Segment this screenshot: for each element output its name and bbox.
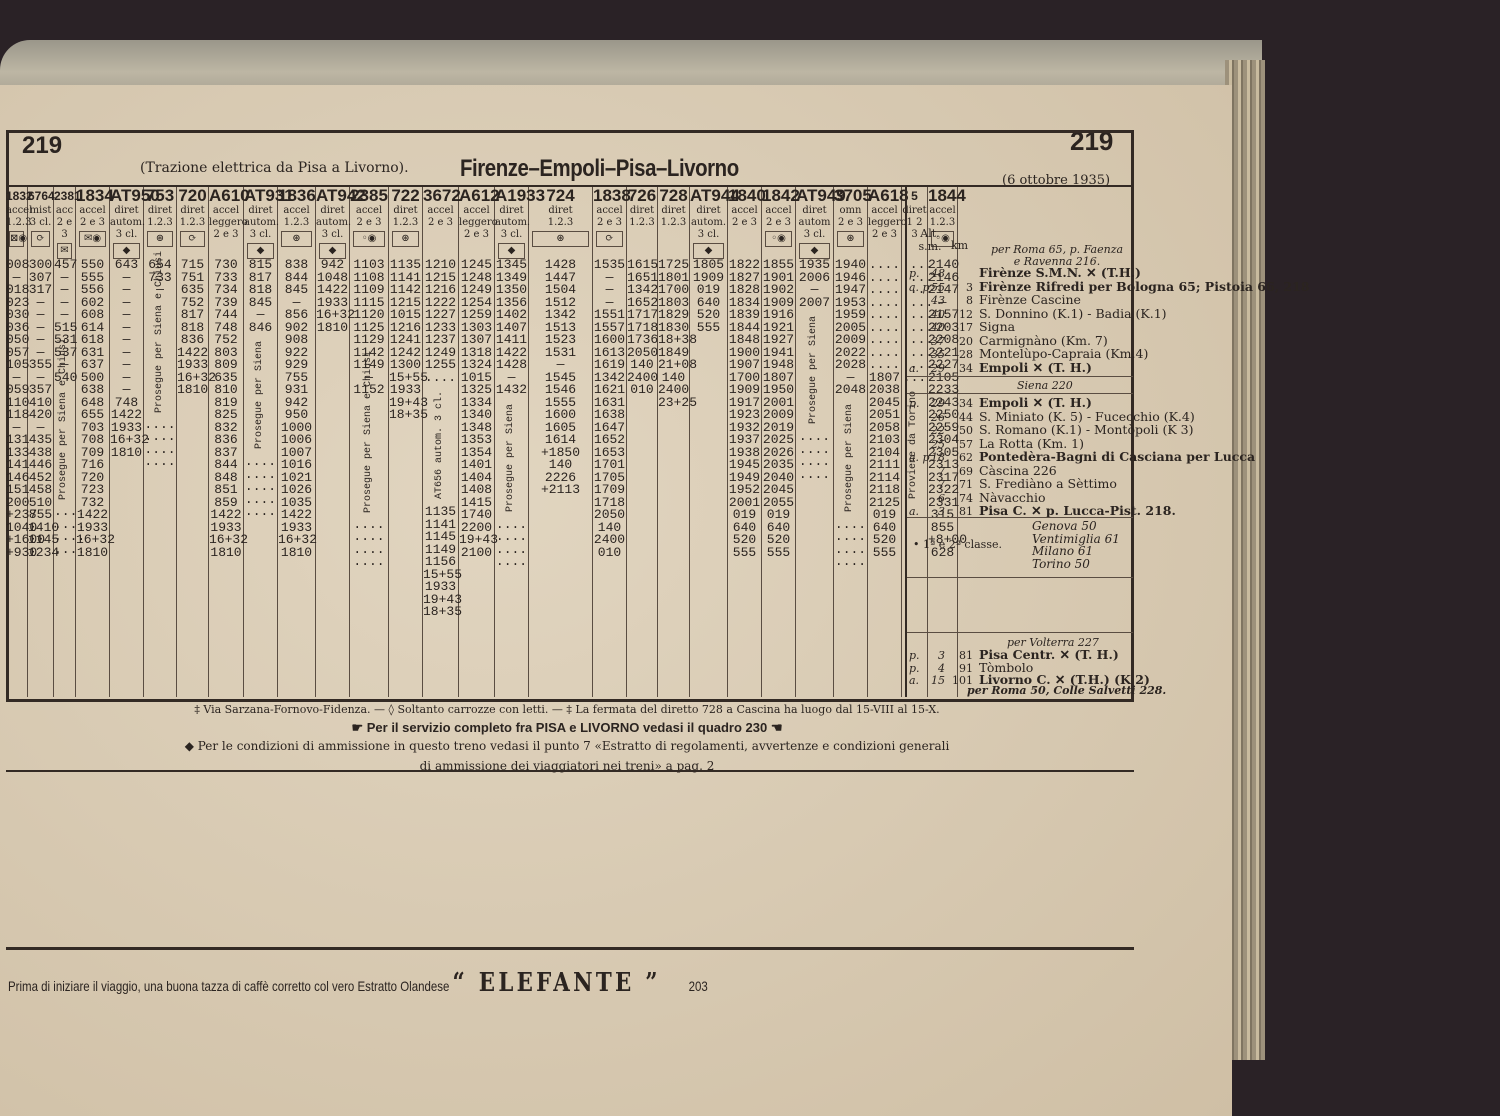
train-number: 724 bbox=[529, 187, 592, 205]
train-number: A612 bbox=[459, 187, 494, 205]
train-times: 11351141114212151015121612411242130015+5… bbox=[389, 259, 422, 422]
train-times: 121012151216122212271233123712491255....… bbox=[423, 259, 458, 619]
train-times: 18051909019640520555 bbox=[690, 259, 727, 334]
post-restaurant-icon: ◦◉ bbox=[765, 231, 792, 247]
time-cell: Prosegue per Siena e Chiusi bbox=[154, 303, 167, 413]
station-name: S. Donnino (K.1) - Badia (K.1) bbox=[979, 308, 1167, 320]
train-type: diret bbox=[144, 205, 176, 217]
train-type: diret autom. bbox=[110, 205, 143, 229]
time-cell: .... bbox=[144, 456, 176, 469]
time-cell: 2007 bbox=[796, 297, 833, 310]
train-column-A610: A610accel leggero2 e 3730733734739744748… bbox=[209, 187, 244, 697]
distance-km: 57 bbox=[937, 438, 973, 451]
train-column-728: 728diret1.2.317251801170018031829183018+… bbox=[658, 187, 690, 697]
distance-km: 20 bbox=[937, 335, 973, 348]
train-number: 1842 bbox=[762, 187, 795, 205]
train-type: accel bbox=[76, 205, 109, 217]
train-number: AT949 bbox=[796, 187, 833, 205]
blank-icon bbox=[871, 243, 898, 257]
train-times: 134513491350135614021407141114221428—143… bbox=[495, 259, 528, 569]
advert-text: Prima di iniziare il viaggio, una buona … bbox=[8, 978, 449, 994]
train-type: accel leggero bbox=[868, 205, 901, 229]
train-column-753: 753diret1.2.3⊛654733—Prosegue per Siena … bbox=[144, 187, 177, 697]
time-cell: .... bbox=[495, 556, 528, 569]
time-cell: 555 bbox=[868, 547, 901, 560]
time-cell: 1810 bbox=[278, 547, 315, 560]
train-column-726: 726diret1.2.3161516511342165217171718173… bbox=[627, 187, 658, 697]
connection-destination: Milano 61 bbox=[1032, 546, 1093, 558]
time-cell: 846 bbox=[244, 322, 277, 335]
train-times: 194019461947195319592005200920222028—204… bbox=[834, 259, 867, 569]
train-class: 1.2.3 bbox=[658, 217, 689, 229]
station-name: Carmignàno (Km. 7) bbox=[979, 335, 1108, 347]
train-type: accel bbox=[423, 205, 458, 217]
train-column-A1933: A1933diret autom.3 cl.◆13451349135013561… bbox=[495, 187, 529, 697]
train-type: accel bbox=[728, 205, 761, 217]
train-times: 1855190119021909191619211927194119481807… bbox=[762, 259, 795, 559]
restaurant-icon: ⊛ bbox=[837, 231, 864, 247]
distance-km: 34 bbox=[937, 397, 973, 410]
train-type: diret bbox=[627, 205, 657, 217]
train-number: 1838 bbox=[593, 187, 626, 205]
station-name: Empoli ✕ (T. H.) bbox=[979, 362, 1092, 374]
blank-icon bbox=[426, 231, 455, 245]
station-name: La Rotta (Km. 1) bbox=[979, 438, 1084, 450]
train-type: accel bbox=[350, 205, 388, 217]
time-cell: 18+35 bbox=[389, 409, 422, 422]
roma-ref: per Roma 50, Colle Salvetti 228. bbox=[967, 685, 1166, 697]
train-column-6764: 6764mist3 cl.⟳300307317—————355—35741042… bbox=[28, 187, 54, 697]
train-times: 7157516357528178188361422193316+321810 bbox=[177, 259, 208, 397]
section1-header-note: per Roma 65, p. Faenza e Ravenna 216. bbox=[987, 244, 1127, 267]
restaurant-icon: ⊛ bbox=[532, 231, 589, 247]
train-type: accel bbox=[6, 205, 27, 217]
distance-km: 17 bbox=[937, 321, 973, 334]
train-times: 19352006—2007Prosegue per Siena.........… bbox=[796, 259, 833, 481]
train-class: 1.2.3 bbox=[278, 217, 315, 229]
train-number: 6764 bbox=[28, 187, 53, 205]
station-name: Càscina 226 bbox=[979, 465, 1057, 477]
time-cell: 1810 bbox=[110, 447, 143, 460]
altitude: 48 bbox=[909, 267, 945, 280]
train-number: AT950 bbox=[110, 187, 143, 205]
station-name: Firènze S.M.N. ✕ (T.H.) bbox=[979, 267, 1141, 279]
train-type: diret autom. bbox=[690, 205, 727, 229]
time-cell: Prosegue per Siena e Chiusi bbox=[58, 390, 71, 500]
time-cell: +2113 bbox=[529, 484, 592, 497]
sleeper-icon: ⊠◉ bbox=[9, 231, 24, 247]
time-cell: 555 bbox=[762, 547, 795, 560]
train-times: 838844845—856902908922929755931942950100… bbox=[278, 259, 315, 559]
distance-km: 3 bbox=[937, 281, 973, 294]
section-divider bbox=[907, 393, 1133, 394]
section-divider bbox=[907, 517, 1133, 518]
time-cell: 1810 bbox=[316, 322, 349, 335]
time-cell: .... bbox=[834, 556, 867, 569]
siena-ref: Siena 220 bbox=[1017, 380, 1073, 392]
train-class: 3 cl. bbox=[690, 229, 727, 241]
train-class: 3 cl. bbox=[495, 229, 528, 241]
train-class: 2 e 3 bbox=[54, 217, 75, 241]
train-column-AT944: AT944diret autom.3 cl.◆18051909019640520… bbox=[690, 187, 728, 697]
train-times: 1822182718281834183918441848190019071700… bbox=[728, 259, 761, 559]
train-column-724: 724diret1.2.3⊛14281447150415121342151315… bbox=[529, 187, 593, 697]
train-times: 1245124812491254125913031307131813241015… bbox=[459, 259, 494, 559]
train-number: A1933 bbox=[495, 187, 528, 205]
train-class: 1.2.3 bbox=[177, 217, 208, 229]
train-times: 300307317—————355—357410420—435438446452… bbox=[28, 259, 53, 559]
blank-icon bbox=[731, 231, 758, 245]
time-cell: AT656 autom. 3 cl. bbox=[434, 390, 447, 500]
train-times: ....................................1807… bbox=[868, 259, 901, 559]
train-columns: 1832accel1.2.3⊠◉008—01802303003605005710… bbox=[6, 187, 958, 697]
train-class: 2 e 3 bbox=[209, 229, 243, 241]
train-number: 3672 bbox=[423, 187, 458, 205]
train-number: 2385 bbox=[350, 187, 388, 205]
train-number: 753 bbox=[144, 187, 176, 205]
time-cell: 1810 bbox=[209, 547, 243, 560]
train-class: 2 e 3 bbox=[459, 229, 494, 241]
time-cell: 1810 bbox=[76, 547, 109, 560]
train-number: 722 bbox=[389, 187, 422, 205]
train-type: diret bbox=[658, 205, 689, 217]
train-type: diret bbox=[389, 205, 422, 217]
train-times: 110311081109111511201125112911421149—115… bbox=[350, 259, 388, 569]
train-times: 7307337347397447487528038096358108198258… bbox=[209, 259, 243, 559]
train-type: diret autom bbox=[796, 205, 833, 229]
station-name: Empoli ✕ (T. H.) bbox=[979, 397, 1092, 409]
train-class: 1.2.3 bbox=[627, 217, 657, 229]
stations-panel: Alt. s.m. km per Roma 65, p. Faenza e Ra… bbox=[905, 187, 1133, 697]
train-number: 1832 bbox=[6, 187, 27, 205]
time-cell: Prosegue per Siena bbox=[844, 403, 857, 513]
train-column-2381: 2381acc2 e 3✉457————515531537—540Prosegu… bbox=[54, 187, 76, 697]
train-class: 3 cl. bbox=[28, 217, 53, 229]
station-name: Firènze Cascine bbox=[979, 294, 1081, 306]
section-divider bbox=[907, 577, 1133, 578]
train-number: 1834 bbox=[76, 187, 109, 205]
station-name: Pontedèra-Bagni di Casciana per Lucca bbox=[979, 451, 1255, 463]
traction-note: (Trazione elettrica da Pisa a Livorno). bbox=[140, 160, 409, 176]
train-class: 3 cl. bbox=[244, 229, 277, 241]
distance-km: 71 bbox=[937, 478, 973, 491]
blank-icon bbox=[212, 243, 240, 257]
distance-km: 69 bbox=[937, 465, 973, 478]
time-cell: .... bbox=[796, 469, 833, 482]
train-type: diret bbox=[177, 205, 208, 217]
footnote-admission: ◆ Per le condizioni di ammissione in que… bbox=[0, 736, 1134, 756]
time-cell: 23+25 bbox=[658, 397, 689, 410]
time-cell: +930 bbox=[6, 547, 27, 560]
book-page-number: 203 bbox=[689, 978, 708, 994]
time-cell: 010 bbox=[593, 547, 626, 560]
blank-icon bbox=[462, 243, 491, 257]
time-cell: 18+35 bbox=[423, 606, 458, 619]
restaurant-icon: ⊛ bbox=[147, 231, 173, 247]
train-times: 94210481422193316+321810 bbox=[316, 259, 349, 334]
connection-destination: Torino 50 bbox=[1032, 559, 1090, 571]
train-column-3672: 3672accel2 e 312101215121612221227123312… bbox=[423, 187, 459, 697]
time-cell: .... bbox=[423, 372, 458, 385]
train-column-A618: A618accel leggero2 e 3..................… bbox=[868, 187, 902, 697]
connection-destination: Genova 50 bbox=[1032, 521, 1097, 533]
train-column-AT949: AT949diret autom3 cl.◆19352006—2007Prose… bbox=[796, 187, 834, 697]
train-times: 1615165113421652171717181736205014024000… bbox=[627, 259, 657, 397]
time-cell: .... bbox=[350, 556, 388, 569]
time-cell: .... bbox=[244, 506, 277, 519]
train-class: 1.2.3 bbox=[6, 217, 27, 229]
train-column-720: 720diret1.2.3⟳71575163575281781883614221… bbox=[177, 187, 209, 697]
train-times: 457————515531537—540Prosegue per Siena e… bbox=[54, 259, 75, 556]
station-name: Pisa C. ✕ p. Lucca-Pist. 218. bbox=[979, 505, 1176, 517]
train-class: 2 e 3 bbox=[868, 229, 901, 241]
advert-brand: “ ELEFANTE ” bbox=[453, 968, 661, 998]
train-number: A618 bbox=[868, 187, 901, 205]
train-times: 1535———155115571600161316191342162116311… bbox=[593, 259, 626, 559]
footnote-pisa-livorno: ☛ Per il servizio completo fra PISA e LI… bbox=[0, 720, 1134, 736]
time-cell: 1234 bbox=[28, 547, 53, 560]
section-divider bbox=[907, 632, 1133, 633]
dining-icon: ⟳ bbox=[31, 231, 50, 247]
post-dining-icon: ✉◉ bbox=[79, 231, 106, 247]
train-type: accel bbox=[278, 205, 315, 217]
train-times: 17251801170018031829183018+38184921+0814… bbox=[658, 259, 689, 409]
time-cell: .... bbox=[54, 544, 75, 557]
time-cell: 555 bbox=[690, 322, 727, 335]
train-number: AT931 bbox=[244, 187, 277, 205]
train-number: A610 bbox=[209, 187, 243, 205]
train-class: 2 e 3 bbox=[593, 217, 626, 229]
station-name: S. Romano (K.1) - Montòpoli (K 3) bbox=[979, 424, 1193, 436]
train-number: 2381 bbox=[54, 187, 75, 205]
time-cell: 555 bbox=[728, 547, 761, 560]
station-name: Firènze Rifredi per Bologna 65; Pistoia … bbox=[979, 281, 1310, 293]
station-name: S. Frediàno a Sèttimo bbox=[979, 478, 1117, 490]
train-column-1842: 1842accel2 e 3◦◉185519011902190919161921… bbox=[762, 187, 796, 697]
distance-km: 8 bbox=[937, 294, 973, 307]
dining-icon: ⟳ bbox=[596, 231, 623, 247]
train-number: 1840 bbox=[728, 187, 761, 205]
train-type: acc bbox=[54, 205, 75, 217]
restaurant-icon: ⊛ bbox=[281, 231, 312, 247]
train-type: diret bbox=[529, 205, 592, 217]
train-column-A612: A612accel leggero2 e 3124512481249125412… bbox=[459, 187, 495, 697]
train-times: 14281447150415121342151315231531—1545154… bbox=[529, 259, 592, 497]
time-cell: 1432 bbox=[495, 384, 528, 397]
train-times: 654733—Prosegue per Siena e Chiusi......… bbox=[144, 259, 176, 469]
train-class: 2 e 3 bbox=[762, 217, 795, 229]
distance-km: 81 bbox=[937, 649, 973, 662]
train-type: accel leggero bbox=[459, 205, 494, 229]
train-column-1832: 1832accel1.2.3⊠◉008—01802303003605005710… bbox=[6, 187, 28, 697]
train-column-3705: 3705omn2 e 3⊛194019461947195319592005200… bbox=[834, 187, 868, 697]
train-number: 3705 bbox=[834, 187, 867, 205]
train-type: accel leggero bbox=[209, 205, 243, 229]
train-class: 2 e 3 bbox=[350, 217, 388, 229]
time-cell: Prosegue per Siena bbox=[808, 315, 821, 425]
page-title: Firenze–Empoli–Pisa–Livorno bbox=[460, 155, 739, 183]
time-cell: 1810 bbox=[177, 384, 208, 397]
train-class: 2 e 3 bbox=[834, 217, 867, 229]
time-cell: Prosegue per Siena e Chiusi bbox=[363, 403, 376, 513]
distance-km: 34 bbox=[937, 362, 973, 375]
blank-icon bbox=[661, 231, 686, 245]
train-class: 3 cl. bbox=[316, 229, 349, 241]
distance-km: 12 bbox=[937, 308, 973, 321]
train-type: mist bbox=[28, 205, 53, 217]
coffee-advert: Prima di iniziare il viaggio, una buona … bbox=[8, 968, 708, 998]
station-name: Nàvacchio bbox=[979, 492, 1045, 504]
train-class: 1.2.3 bbox=[144, 217, 176, 229]
train-times: 5505555566026086146186316375006386486557… bbox=[76, 259, 109, 559]
train-column-1836: 1836accel1.2.3⊛838844845—856902908922929… bbox=[278, 187, 316, 697]
train-class: 2 e 3 bbox=[728, 217, 761, 229]
train-class: 2 e 3 bbox=[76, 217, 109, 229]
post-restaurant-icon: ◦◉ bbox=[353, 231, 385, 247]
train-class: 1.2.3 bbox=[529, 217, 592, 229]
train-column-1840: 1840accel2 e 318221827182818341839184418… bbox=[728, 187, 762, 697]
station-name: Montelùpo-Capraia (Km.4) bbox=[979, 348, 1148, 360]
time-cell: Prosegue per Siena bbox=[505, 403, 518, 513]
distance-km: 91 bbox=[937, 662, 973, 675]
distance-km: 62 bbox=[937, 451, 973, 464]
time-cell: 010 bbox=[627, 384, 657, 397]
train-type: accel bbox=[593, 205, 626, 217]
train-type: diret autom. bbox=[495, 205, 528, 229]
time-cell: Prosegue per Siena bbox=[254, 340, 267, 450]
train-class: 2 e 3 bbox=[423, 217, 458, 229]
station-name: S. Miniato (K. 5) - Fucecchio (K.4) bbox=[979, 411, 1195, 423]
train-number: AT942 bbox=[316, 187, 349, 205]
train-column-AT950: AT950diret autom.3 cl.◆643——————————7481… bbox=[110, 187, 144, 697]
distance-km: 44 bbox=[937, 411, 973, 424]
train-number: 728 bbox=[658, 187, 689, 205]
footnote-symbols: ‡ Via Sarzana-Fornovo-Fidenza. — ◊ Solta… bbox=[0, 700, 1134, 720]
time-cell: 2100 bbox=[459, 547, 494, 560]
train-class: 1.2.3 bbox=[389, 217, 422, 229]
train-times: 008—018023030036050057105—059110118—1311… bbox=[6, 259, 27, 559]
distance-km: 74 bbox=[937, 492, 973, 505]
train-type: diret autom. bbox=[244, 205, 277, 229]
dist-header: km bbox=[951, 239, 968, 252]
train-class: 3 cl. bbox=[796, 229, 833, 241]
station-name: Signa bbox=[979, 321, 1015, 333]
footnotes: ‡ Via Sarzana-Fornovo-Fidenza. — ◊ Solta… bbox=[0, 700, 1134, 776]
train-column-AT931: AT931diret autom.3 cl.◆815817818845—846P… bbox=[244, 187, 278, 697]
section-divider bbox=[907, 376, 1133, 377]
train-type: accel bbox=[762, 205, 795, 217]
train-number: AT944 bbox=[690, 187, 727, 205]
train-class: 3 cl. bbox=[110, 229, 143, 241]
class-note: • 1ª e 2ª classe. bbox=[913, 539, 1002, 551]
blank-icon bbox=[630, 231, 654, 245]
train-column-1834: 1834accel2 e 3✉◉550555556602608614618631… bbox=[76, 187, 110, 697]
restaurant-icon: ⊛ bbox=[392, 231, 419, 247]
dining-icon: ⟳ bbox=[180, 231, 205, 247]
train-column-1838: 1838accel2 e 3⟳1535———155115571600161316… bbox=[593, 187, 627, 697]
station-name: Pisa Centr. ✕ (T. H.) bbox=[979, 649, 1119, 661]
time-cell: 2048 bbox=[834, 384, 867, 397]
train-number: 726 bbox=[627, 187, 657, 205]
distance-km: 28 bbox=[937, 348, 973, 361]
distance-km: 50 bbox=[937, 424, 973, 437]
train-column-AT942: AT942diret autom.3 cl.◆94210481422193316… bbox=[316, 187, 350, 697]
empty-lower-box bbox=[6, 770, 1134, 950]
train-times: 643——————————7481422193316+321810 bbox=[110, 259, 143, 459]
train-type: omn bbox=[834, 205, 867, 217]
train-times: 815817818845—846Prosegue per Siena......… bbox=[244, 259, 277, 519]
alt-header: Alt. s.m. bbox=[915, 227, 945, 253]
train-number: 1836 bbox=[278, 187, 315, 205]
train-column-722: 722diret1.2.3⊛11351141114212151015121612… bbox=[389, 187, 423, 697]
train-column-2385: 2385accel2 e 3◦◉110311081109111511201125… bbox=[350, 187, 389, 697]
train-type: diret autom. bbox=[316, 205, 349, 229]
train-number: 720 bbox=[177, 187, 208, 205]
